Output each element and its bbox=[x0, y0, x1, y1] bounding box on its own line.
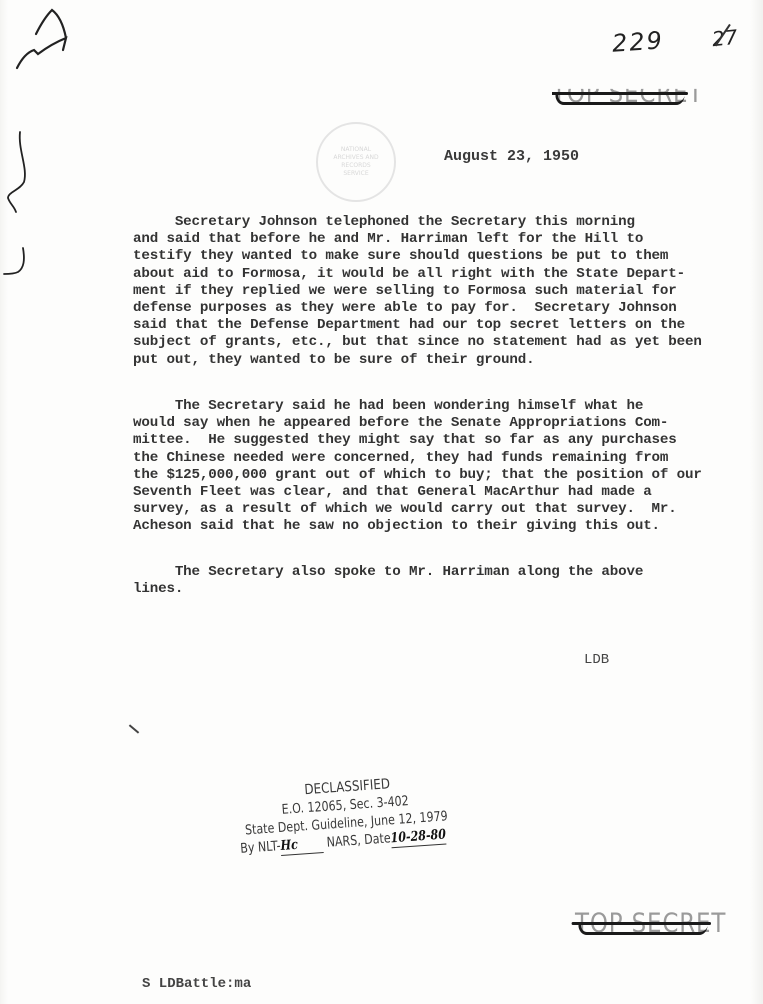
stamp-line: SERVICE bbox=[318, 170, 394, 178]
author-initials: LDB bbox=[584, 652, 609, 668]
handwritten-crossed-number: 27 bbox=[711, 25, 739, 52]
library-receipt-stamp: NATIONAL ARCHIVES AND RECORDS SERVICE bbox=[316, 122, 396, 202]
text-line: and said that before he and Mr. Harriman… bbox=[133, 231, 663, 248]
text-line: Secretary Johnson telephoned the Secreta… bbox=[133, 214, 663, 231]
text-line: The Secretary also spoke to Mr. Harriman… bbox=[133, 564, 663, 581]
classification-stamp-bottom: TOP SECRET bbox=[575, 908, 726, 939]
text-line: Acheson said that he saw no objection to… bbox=[133, 518, 663, 535]
cancel-swoosh-mark bbox=[555, 95, 684, 105]
declassification-stamp: DECLASSIFIED E.O. 12065, Sec. 3-402 Stat… bbox=[236, 768, 494, 859]
text-line: about aid to Formosa, it would be all ri… bbox=[133, 266, 663, 283]
paragraph-3: The Secretary also spoke to Mr. Harriman… bbox=[133, 564, 663, 598]
text-line: lines. bbox=[133, 581, 663, 598]
pen-tick-mark bbox=[129, 724, 139, 733]
by-prefix: By NLT- bbox=[240, 838, 281, 857]
document-date: August 23, 1950 bbox=[444, 148, 579, 165]
drafter-reference: S LDBattle:ma bbox=[142, 976, 251, 992]
text-line: Seventh Fleet was clear, and that Genera… bbox=[133, 484, 663, 501]
stamp-line: ARCHIVES AND bbox=[318, 154, 394, 162]
text-line: the Chinese needed were concerned, they … bbox=[133, 450, 663, 467]
text-line: testify they wanted to make sure should … bbox=[133, 248, 663, 265]
text-line: subject of grants, etc., but that since … bbox=[133, 334, 663, 351]
agency-label: NARS, Date bbox=[326, 830, 391, 850]
declassification-date: 10-28-80 bbox=[390, 825, 447, 848]
text-line: said that the Defense Department had our… bbox=[133, 317, 663, 334]
text-line: defense purposes as they were able to pa… bbox=[133, 300, 663, 317]
classification-stamp-top: TOP SECRET bbox=[552, 78, 703, 109]
stamp-line: NATIONAL bbox=[318, 146, 394, 154]
handwritten-page-number: 229 bbox=[611, 26, 665, 58]
text-line: the $125,000,000 grant out of which to b… bbox=[133, 467, 663, 484]
paragraph-1: Secretary Johnson telephoned the Secreta… bbox=[133, 214, 663, 369]
text-line: The Secretary said he had been wondering… bbox=[133, 398, 663, 415]
cancel-swoosh-mark bbox=[578, 925, 707, 935]
paragraph-2: The Secretary said he had been wondering… bbox=[133, 398, 663, 536]
handwritten-margin-marks bbox=[0, 0, 120, 300]
stamp-line: RECORDS bbox=[318, 162, 394, 170]
text-line: ment if they replied we were selling to … bbox=[133, 283, 663, 300]
reviewer-initials: Hc bbox=[280, 834, 324, 856]
document-page: 229 27 TOP SECRET NATIONAL ARCHIVES AND … bbox=[0, 0, 763, 1004]
text-line: would say when he appeared before the Se… bbox=[133, 415, 663, 432]
text-line: put out, they wanted to be sure of their… bbox=[133, 352, 663, 369]
text-line: survey, as a result of which we would ca… bbox=[133, 501, 663, 518]
text-line: mittee. He suggested they might say that… bbox=[133, 432, 663, 449]
